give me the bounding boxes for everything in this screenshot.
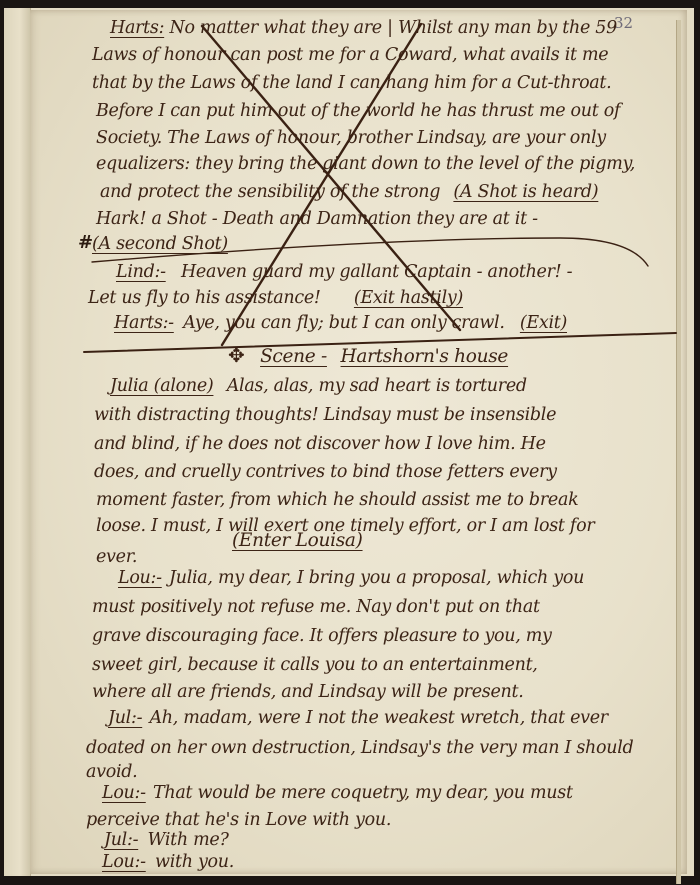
manuscript-line: Lou:- Julia, my dear, I bring you a prop… <box>118 568 584 588</box>
manuscript-line: sweet girl, because it calls you to an e… <box>92 655 538 675</box>
speaker-label: Harts: <box>110 18 164 38</box>
binding-gutter <box>4 8 31 876</box>
manuscript-line: and protect the sensibility of the stron… <box>100 182 598 202</box>
manuscript-line: and blind, if he does not discover how I… <box>94 434 546 454</box>
manuscript-line: Hark! a Shot - Death and Damnation they … <box>96 209 538 229</box>
scene-location: Hartshorn's house <box>341 346 509 367</box>
line-text: With me? <box>147 830 228 850</box>
speaker-label: Julia (alone) <box>110 376 213 396</box>
stage-direction: (A Shot is heard) <box>453 182 598 202</box>
manuscript-line: Laws of honour can post me for a Coward,… <box>92 45 608 65</box>
manuscript-line: must positively not refuse me. Nay don't… <box>92 597 540 617</box>
line-text: Alas, alas, my sad heart is tortured <box>227 376 527 396</box>
line-text: Heaven guard my gallant Captain - anothe… <box>181 262 572 282</box>
speaker-label: Harts:- <box>114 313 174 333</box>
scene-heading: ✥ Scene - Hartshorn's house <box>228 343 508 367</box>
insertion-marker: # <box>78 232 93 253</box>
line-text: Ah, madam, were I not the weakest wretch… <box>149 708 607 728</box>
manuscript-line: Let us fly to his assistance! (Exit hast… <box>88 288 463 308</box>
speaker-label: Lou:- <box>102 852 146 872</box>
manuscript-line: Before I can put him out of the world he… <box>96 101 620 121</box>
manuscript-line: with distracting thoughts! Lindsay must … <box>94 405 556 425</box>
manuscript-line: Harts: No matter what they are | Whilst … <box>110 18 617 38</box>
line-text: No matter what they are | Whilst any man… <box>169 18 617 38</box>
manuscript-line: Jul:- Ah, madam, were I not the weakest … <box>108 708 608 728</box>
line-text: and protect the sensibility of the stron… <box>100 182 440 202</box>
speaker-label: Lou:- <box>118 568 162 588</box>
page-edge <box>676 20 681 884</box>
manuscript-line: Society. The Laws of honour, brother Lin… <box>96 128 606 148</box>
manuscript-line: that by the Laws of the land I can hang … <box>92 73 611 93</box>
stage-direction: (A second Shot) <box>92 234 228 254</box>
manuscript-line: where all are friends, and Lindsay will … <box>92 682 523 702</box>
stage-direction: (Exit) <box>520 313 567 333</box>
scene-label: Scene - <box>260 346 327 367</box>
line-text: Julia, my dear, I bring you a proposal, … <box>169 568 584 588</box>
scene-marker-icon: ✥ <box>228 343 244 367</box>
manuscript-line: Lou:- with you. <box>102 852 234 872</box>
manuscript-line: grave discouraging face. It offers pleas… <box>92 626 552 646</box>
speaker-label: Jul:- <box>108 708 142 728</box>
manuscript-line: ever. <box>96 547 137 567</box>
manuscript-line: Harts:- Aye, you can fly; but I can only… <box>114 313 567 333</box>
manuscript-line: equalizers: they bring the giant down to… <box>96 154 635 174</box>
manuscript-line: Lind:- Heaven guard my gallant Captain -… <box>116 262 572 282</box>
line-text: Let us fly to his assistance! <box>88 288 321 308</box>
line-text: with you. <box>155 852 234 872</box>
stage-direction: (Enter Louisa) <box>232 530 363 551</box>
manuscript-line: perceive that he's in Love with you. <box>86 810 391 830</box>
speaker-label: Lind:- <box>116 262 166 282</box>
manuscript-line: Julia (alone) Alas, alas, my sad heart i… <box>110 376 527 396</box>
speaker-label: Jul:- <box>104 830 138 850</box>
manuscript-line: moment faster, from which he should assi… <box>96 490 578 510</box>
manuscript-line: avoid. <box>86 762 137 782</box>
stage-direction: (Exit hastily) <box>354 288 463 308</box>
manuscript-line: does, and cruelly contrives to bind thos… <box>94 462 557 482</box>
line-text: That would be mere coquetry, my dear, yo… <box>153 783 573 803</box>
manuscript-line: Lou:- That would be mere coquetry, my de… <box>102 783 573 803</box>
manuscript-line: doated on her own destruction, Lindsay's… <box>86 738 633 758</box>
manuscript-line: Jul:- With me? <box>104 830 229 850</box>
line-text: Aye, you can fly; but I can only crawl. <box>183 313 505 333</box>
speaker-label: Lou:- <box>102 783 146 803</box>
